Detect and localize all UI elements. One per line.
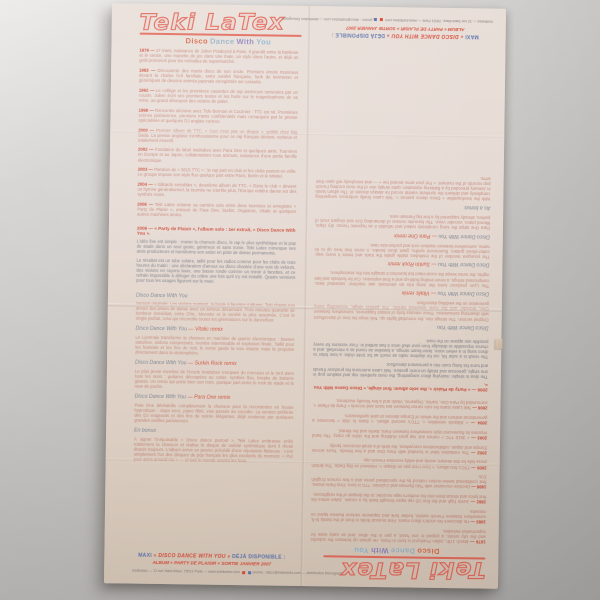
section-heading: Disco Dance With You	[136, 292, 295, 300]
section-heading: Disco Dance With You — Vitalic remix	[314, 288, 489, 296]
page-french: Teki LaTex DiscoDanceWithYou 1979 — 17 m…	[104, 3, 309, 586]
logo-subtitle-word: With	[236, 37, 254, 46]
timeline-paragraph: 2006 — Teki Latex entame sa carrière sol…	[137, 202, 296, 219]
logo-subtitle-word: You	[256, 37, 271, 46]
banner-available-label: DÉJÀ DISPONIBLE :	[232, 554, 286, 561]
banner-available-label: DÉJÀ DISPONIBLE :	[331, 32, 385, 39]
section-body: Para One déshabille complètement la chan…	[134, 402, 293, 425]
timeline-year: 1983 —	[471, 519, 486, 524]
track-section: Disco Dance With You — Surkin Rock remix…	[135, 360, 294, 391]
section-body: The youngest member of the Institubes st…	[315, 242, 490, 260]
timeline-text: Premier album de TTC, « Ceci n'est pas u…	[138, 127, 297, 142]
timeline-paragraph: 2000 — TTC's first album, « Ceci n'est p…	[312, 458, 487, 471]
banner-line-2: ALBUM « PARTY DE PLAISIR » SORTIE JANVIE…	[132, 560, 291, 567]
section-heading: Disco Dance With You — Vitalic remix	[135, 326, 294, 334]
teki-latex-logo: Teki LaTex DiscoDanceWithYou	[139, 11, 298, 47]
banner-single-title: « DISCO DANCE WITH YOU »	[385, 33, 465, 40]
timeline-text: March 17th, Julien Pradeyrol is born in …	[311, 529, 486, 545]
timeline-paragraph: 1983 — He discovers his uncle's disco ma…	[311, 507, 486, 525]
timeline-year: 2000 —	[471, 465, 486, 470]
section-body: À signer l'inépuisable « Disco dance par…	[134, 436, 293, 464]
section-remix-name: — Vitalic remix	[187, 327, 223, 334]
bio-timeline: 1979 — March 17th, Julien Pradeyrol is b…	[311, 394, 488, 545]
timeline-paragraph: 2006 — Teki Latex starts his solo career…	[312, 398, 487, 411]
timeline-text: « 3615 TTC » comes out: rap goes clubbin…	[312, 428, 487, 440]
timeline-paragraph: 1998 — Decisive encounter with Tido Berm…	[311, 472, 486, 490]
section-body: Para One strips the song completely nake…	[315, 213, 490, 231]
timeline-paragraph: 1998 — Rencontre décisive avec Tido Berm…	[138, 107, 297, 124]
timeline-year: 2003 —	[471, 435, 487, 440]
timeline-paragraph: 1979 — March 17th, Julien Pradeyrol is b…	[311, 527, 486, 545]
logo-subtitle-word: Dance	[210, 37, 235, 46]
section-heading: Disco Dance With You	[314, 322, 489, 330]
section-remix-name: — Para One remix	[186, 395, 230, 402]
distributor-logo-icon	[248, 571, 251, 574]
logo-subtitle: DiscoDanceWithYou	[185, 36, 298, 47]
section-body: Original version. The strings rise, the …	[314, 299, 489, 322]
section-title: Disco Dance With You	[135, 326, 187, 333]
timeline-text: Decisive encounter with Tido Berman and …	[311, 475, 486, 490]
release-banner: MAXI « DISCO DANCE WITH YOU » DÉJÀ DISPO…	[132, 548, 291, 575]
distributor-logo-icon	[374, 18, 377, 21]
fold-notch	[495, 339, 502, 349]
section-title: En bonus	[134, 428, 156, 434]
logo-title: Teki LaTex	[140, 10, 309, 35]
paper-sheet: Teki LaTex DiscoDanceWithYou 1979 — 17 m…	[104, 3, 506, 588]
timeline-text: Junior high and the first US rap tapes b…	[311, 492, 486, 504]
timeline-paragraph: 2004 — « Bâtards sensibles », deuxième a…	[137, 182, 296, 199]
timeline-text: Teki Latex starts his solo career betwee…	[312, 399, 487, 411]
label-logo-icon	[242, 571, 245, 574]
section-remix-name: — Para One remix	[394, 232, 438, 239]
section-title: Disco Dance With You	[135, 360, 187, 367]
banner-maxi-label: MAXI	[465, 34, 479, 40]
intro-paragraphs: L'idée fixe est simple : marier la chans…	[136, 238, 296, 289]
timeline-paragraph: 1979 — 17 mars, naissance de Julien Prad…	[139, 48, 298, 65]
track-section: Disco Dance With You Original version. T…	[314, 299, 489, 330]
logo-subtitle-word: With	[371, 546, 389, 555]
track-section: As a bonus With the inexhaustible « Disc…	[315, 174, 490, 210]
section-remix-name: — Surkin Rock remix	[186, 361, 236, 368]
album-announce-heading: 2006 — « Party de Plaisir », l'album sol…	[137, 225, 296, 237]
logo-subtitle-word: Disco	[185, 36, 208, 45]
section-heading: Disco Dance With You — Surkin Rock remix	[314, 260, 489, 268]
banner-line-1: MAXI « DISCO DANCE WITH YOU » DÉJÀ DISPO…	[318, 32, 493, 40]
timeline-year: 2004 —	[471, 421, 488, 426]
logo-subtitle: DiscoDanceWithYou	[310, 545, 439, 556]
section-heading: En bonus	[134, 428, 293, 436]
track-section: Disco Dance With You — Para One remix Pa…	[315, 213, 490, 239]
section-heading: Disco Dance With You — Para One remix	[135, 394, 294, 402]
track-section: Disco Dance With You — Para One remix Pa…	[134, 394, 293, 425]
timeline-text: 17 mars, naissance de Julien Pradeyrol à…	[139, 48, 298, 64]
timeline-text: TTC's first album, « Ceci n'est pas un d…	[312, 458, 487, 470]
timeline-text: Fondation du label Institubes avec Para …	[138, 147, 297, 162]
timeline-text: The Institubes label is founded with Par…	[312, 443, 487, 455]
timeline-year: 1998 —	[471, 485, 486, 490]
track-section: Disco Dance With You — Vitalic remix The…	[314, 271, 489, 297]
track-sections: Disco Dance With You Original version. T…	[313, 174, 490, 336]
intro-paragraph: Le résultat est un tube solaire, taillé …	[136, 258, 295, 286]
timeline-paragraph: 2003 — « 3615 TTC » comes out: rap goes …	[312, 428, 487, 441]
page-english-rotated: Teki LaTex DiscoDanceWithYou 1979 — Marc…	[301, 6, 506, 589]
section-body: Version originale. Les violons montent, …	[136, 301, 295, 324]
section-title: Disco Dance With You	[135, 394, 187, 401]
section-body: With the inexhaustible « Disco dance par…	[315, 174, 490, 202]
album-announce-heading: 2006 — « Party de Plaisir », the solo al…	[313, 380, 488, 392]
logo-title: Teki LaTex	[300, 557, 486, 582]
timeline-paragraph: 2004 — « Bâtards sensibles », TTC's seco…	[312, 413, 487, 426]
timeline-year: 1979 —	[470, 539, 486, 544]
label-credits: Institubes — 12 rue Saint-Maur, 75011 Pa…	[132, 569, 291, 575]
section-heading: Disco Dance With You — Surkin Rock remix	[135, 360, 294, 368]
timeline-text: « Bâtards sensibles », TTC's second albu…	[312, 414, 487, 426]
section-remix-name: — Surkin Rock remix	[388, 261, 438, 268]
section-remix-name: — Vitalic remix	[402, 290, 438, 297]
logo-subtitle-word: You	[354, 546, 369, 555]
section-title: Disco Dance With You	[136, 292, 188, 299]
section-title: Disco Dance With You	[438, 232, 490, 239]
timeline-paragraph: 1992 — Junior high and the first US rap …	[311, 492, 486, 505]
section-title: Disco Dance With You	[438, 261, 490, 268]
photo-of-press-sheet: Teki LaTex DiscoDanceWithYou 1979 — 17 m…	[0, 0, 600, 600]
logo-subtitle-word: Disco	[417, 547, 440, 556]
timeline-text: Parution de « 3615 TTC » : le rap part e…	[138, 167, 297, 179]
credits-left-text: Institubes — 12 rue Saint-Maur, 75011 Pa…	[385, 18, 493, 24]
teki-latex-logo: Teki LaTex DiscoDanceWithYou	[310, 545, 485, 581]
timeline-text: Teki Latex entame sa carrière solo entre…	[137, 202, 296, 218]
release-banner: MAXI « DISCO DANCE WITH YOU » DÉJÀ DISPO…	[318, 17, 493, 44]
track-section: Disco Dance With You — Surkin Rock remix…	[314, 242, 489, 268]
section-body: Le plus jeune membre de l'écurie Institu…	[135, 368, 294, 391]
timeline-text: Découverte des maxis disco de son oncle.…	[139, 68, 298, 85]
timeline-text: Le collège et les premières cassettes de…	[139, 88, 298, 104]
timeline-paragraph: 2003 — Parution de « 3615 TTC » : le rap…	[138, 167, 297, 179]
timeline-year: 1992 —	[471, 500, 486, 505]
timeline-text: « Bâtards sensibles », deuxième album de…	[137, 182, 296, 197]
timeline-paragraph: 2000 — Premier album de TTC, « Ceci n'es…	[138, 127, 297, 144]
section-heading: Disco Dance With You — Para One remix	[315, 231, 490, 239]
section-heading: As a bonus	[315, 202, 490, 210]
banner-single-title: « DISCO DANCE WITH YOU »	[152, 552, 232, 559]
bio-timeline: 1979 — 17 mars, naissance de Julien Prad…	[137, 48, 298, 224]
timeline-paragraph: 1983 — Découverte des maxis disco de son…	[139, 68, 298, 85]
track-sections: Disco Dance With You Version originale. …	[134, 287, 295, 464]
section-title: As a bonus	[464, 204, 490, 210]
track-section: Disco Dance With You Version originale. …	[136, 292, 295, 323]
intro-paragraph: The result is a solar hit, cut for dayti…	[313, 337, 488, 360]
intro-paragraph: L'idée fixe est simple : marier la chans…	[137, 238, 296, 255]
timeline-year: 2002 —	[471, 450, 487, 455]
intro-paragraphs: The idea is simple: marrying disco songw…	[313, 333, 489, 379]
timeline-text: He discovers his uncle's disco maxis. Fi…	[311, 509, 486, 524]
section-title: Disco Dance With You	[438, 290, 490, 297]
timeline-paragraph: 1992 — Le collège et les premières casse…	[139, 87, 298, 104]
section-body: Le Lyonnais transforme la chanson en mac…	[135, 335, 294, 358]
timeline-paragraph: 2002 — Fondation du label Institubes ave…	[138, 147, 297, 164]
credits-left-text: Institubes — 12 rue Saint-Maur, 75011 Pa…	[132, 569, 240, 575]
banner-maxi-label: MAXI	[138, 552, 152, 558]
timeline-paragraph: 2002 — The Institubes label is founded w…	[312, 443, 487, 456]
label-logo-icon	[380, 18, 383, 21]
section-title: Disco Dance With You	[437, 324, 489, 331]
timeline-year: 2006 —	[472, 406, 487, 411]
timeline-text: Rencontre décisive avec Tido Berman et C…	[138, 108, 297, 124]
track-section: Disco Dance With You — Vitalic remix Le …	[135, 326, 294, 357]
section-body: The Lyon producer turns the song into an…	[314, 271, 489, 289]
track-section: En bonus À signer l'inépuisable « Disco …	[134, 428, 293, 464]
logo-subtitle-word: Dance	[390, 546, 415, 555]
intro-paragraph: The idea is simple: marrying disco songw…	[313, 362, 488, 380]
label-credits: Institubes — 12 rue Saint-Maur, 75011 Pa…	[318, 17, 493, 23]
